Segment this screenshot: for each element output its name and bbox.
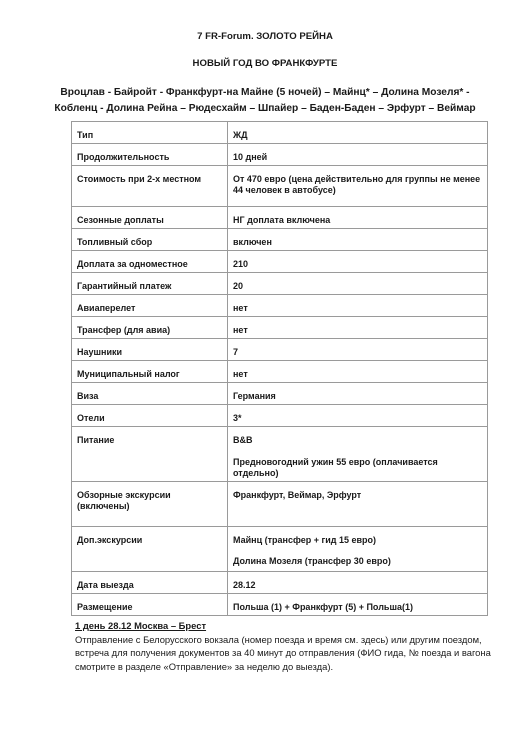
- route-description: Вроцлав - Байройт - Франкфурт-на Майне (…: [0, 85, 530, 117]
- row-value: НГ доплата включена: [228, 207, 488, 229]
- table-row: Трансфер (для авиа) нет: [72, 317, 488, 339]
- table-row: Сезонные доплаты НГ доплата включена: [72, 207, 488, 229]
- table-row: Муниципальный налог нет: [72, 361, 488, 383]
- row-key: Топливный сбор: [72, 229, 228, 251]
- row-key: Отели: [72, 405, 228, 427]
- tour-info-table: Тип ЖД Продолжительность 10 дней Стоимос…: [71, 121, 488, 616]
- row-value: 20: [228, 273, 488, 295]
- table-row: Стоимость при 2-х местном От 470 евро (ц…: [72, 166, 488, 207]
- route-line-2: Кобленц - Долина Рейна – Рюдесхайм – Шпа…: [0, 101, 530, 117]
- day-heading: 1 день 28.12 Москва – Брест: [75, 619, 495, 633]
- row-value: 3*: [228, 405, 488, 427]
- row-value: включен: [228, 229, 488, 251]
- row-value: Польша (1) + Франкфурт (5) + Польша(1): [228, 594, 488, 616]
- row-value: От 470 евро (цена действительно для груп…: [228, 166, 488, 207]
- row-key: Стоимость при 2-х местном: [72, 166, 228, 207]
- row-value: B&B Предновогодний ужин 55 евро (оплачив…: [228, 427, 488, 482]
- table-row: Размещение Польша (1) + Франкфурт (5) + …: [72, 594, 488, 616]
- row-value: нет: [228, 317, 488, 339]
- row-key: Наушники: [72, 339, 228, 361]
- row-key: Продолжительность: [72, 144, 228, 166]
- row-key: Сезонные доплаты: [72, 207, 228, 229]
- row-key: Авиаперелет: [72, 295, 228, 317]
- row-key: Гарантийный платеж: [72, 273, 228, 295]
- row-key: Обзорные экскурсии (включены): [72, 482, 228, 527]
- row-key: Виза: [72, 383, 228, 405]
- row-value: Франкфурт, Веймар, Эрфурт: [228, 482, 488, 527]
- document-subtitle: НОВЫЙ ГОД ВО ФРАНКФУРТЕ: [0, 58, 530, 69]
- meal-plan: B&B: [233, 435, 253, 445]
- row-value: 210: [228, 251, 488, 273]
- row-value: 28.12: [228, 572, 488, 594]
- row-key: Дата выезда: [72, 572, 228, 594]
- day-description: Отправление с Белорусского вокзала (номе…: [75, 633, 495, 674]
- table-row: Продолжительность 10 дней: [72, 144, 488, 166]
- row-key: Трансфер (для авиа): [72, 317, 228, 339]
- table-row: Тип ЖД: [72, 122, 488, 144]
- row-value: ЖД: [228, 122, 488, 144]
- row-key: Муниципальный налог: [72, 361, 228, 383]
- itinerary-day-1: 1 день 28.12 Москва – Брест Отправление …: [75, 619, 495, 673]
- table-row: Доплата за одноместное 210: [72, 251, 488, 273]
- table-row: Дата выезда 28.12: [72, 572, 488, 594]
- extra-excursion-2: Долина Мозеля (трансфер 30 евро): [233, 556, 391, 566]
- route-line-1: Вроцлав - Байройт - Франкфурт-на Майне (…: [0, 85, 530, 101]
- row-key: Размещение: [72, 594, 228, 616]
- row-value: нет: [228, 295, 488, 317]
- table-row: Отели 3*: [72, 405, 488, 427]
- row-key: Доп.экскурсии: [72, 527, 228, 572]
- table-row: Обзорные экскурсии (включены) Франкфурт,…: [72, 482, 488, 527]
- table-row: Авиаперелет нет: [72, 295, 488, 317]
- extra-excursion-1: Майнц (трансфер + гид 15 евро): [233, 535, 376, 545]
- table-row: Виза Германия: [72, 383, 488, 405]
- meal-extra: Предновогодний ужин 55 евро (оплачиваетс…: [233, 457, 438, 478]
- row-value: 7: [228, 339, 488, 361]
- row-value: Майнц (трансфер + гид 15 евро) Долина Мо…: [228, 527, 488, 572]
- row-key: Питание: [72, 427, 228, 482]
- row-value: нет: [228, 361, 488, 383]
- table-row: Доп.экскурсии Майнц (трансфер + гид 15 е…: [72, 527, 488, 572]
- row-key: Тип: [72, 122, 228, 144]
- table-row: Питание B&B Предновогодний ужин 55 евро …: [72, 427, 488, 482]
- table-row: Гарантийный платеж 20: [72, 273, 488, 295]
- row-value: 10 дней: [228, 144, 488, 166]
- table-row: Топливный сбор включен: [72, 229, 488, 251]
- row-key: Доплата за одноместное: [72, 251, 228, 273]
- document-title: 7 FR-Forum. ЗОЛОТО РЕЙНА: [0, 31, 530, 42]
- row-value: Германия: [228, 383, 488, 405]
- table-row: Наушники 7: [72, 339, 488, 361]
